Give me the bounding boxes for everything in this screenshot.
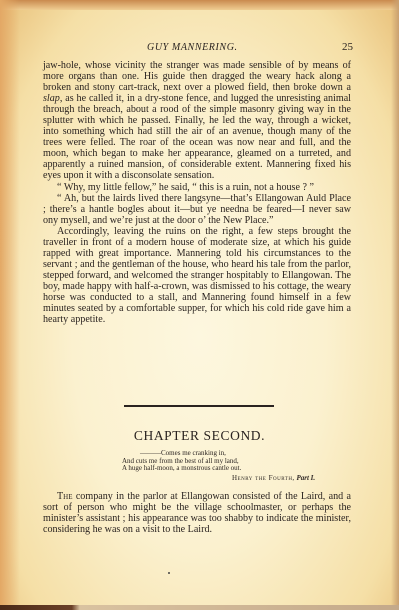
epigraph-line: A huge half-moon, a monstrous cantle out…: [122, 465, 342, 473]
paragraph: “ Why, my little fellow,” he said, “ thi…: [43, 182, 351, 193]
paragraph: Accordingly, leaving the ruins on the ri…: [43, 226, 351, 325]
running-title: GUY MANNERING.: [147, 42, 238, 53]
chapter-heading: CHAPTER SECOND.: [0, 428, 399, 444]
page-right-edge: [391, 0, 399, 610]
epigraph: ———Comes me cranking in, And cuts me fro…: [122, 450, 342, 473]
section-divider-rule: [124, 405, 274, 407]
book-page: GUY MANNERING. 25 jaw-hole, whose vicini…: [0, 0, 399, 610]
paragraph-text: “ Why, my little fellow,” he said, “ thi…: [57, 182, 314, 193]
paragraph-text: Accordingly, leaving the ruins on the ri…: [43, 226, 351, 325]
chapter-one-text: jaw-hole, whose vicinity the stranger wa…: [43, 60, 351, 325]
page-left-edge: [0, 0, 20, 610]
epigraph-source: Henry the Fourth,: [232, 474, 295, 482]
chapter-two-text: The company in the parlor at Ellangowan …: [43, 491, 351, 535]
paragraph-text: “ Ah, but the lairds lived there langsyn…: [43, 193, 351, 226]
epigraph-attribution: Henry the Fourth, Part I.: [232, 474, 315, 482]
italic-word: slap: [43, 93, 60, 104]
paragraph: “ Ah, but the lairds lived there langsyn…: [43, 193, 351, 226]
opening-word: The: [57, 491, 73, 502]
page-top-edge: [0, 0, 399, 10]
page-bottom-edge: [0, 605, 399, 610]
paragraph-text: , as he called it, in a dry-stone fence,…: [43, 93, 351, 181]
page-number: 25: [342, 41, 353, 53]
epigraph-part: Part I.: [296, 474, 315, 482]
paragraph-text: company in the parlor at Ellangowan cons…: [43, 491, 351, 535]
paragraph: jaw-hole, whose vicinity the stranger wa…: [43, 60, 351, 182]
paragraph-text: jaw-hole, whose vicinity the stranger wa…: [43, 60, 351, 93]
paper-speck: [168, 572, 170, 574]
running-head: GUY MANNERING. 25: [0, 42, 399, 56]
paragraph: The company in the parlor at Ellangowan …: [43, 491, 351, 535]
